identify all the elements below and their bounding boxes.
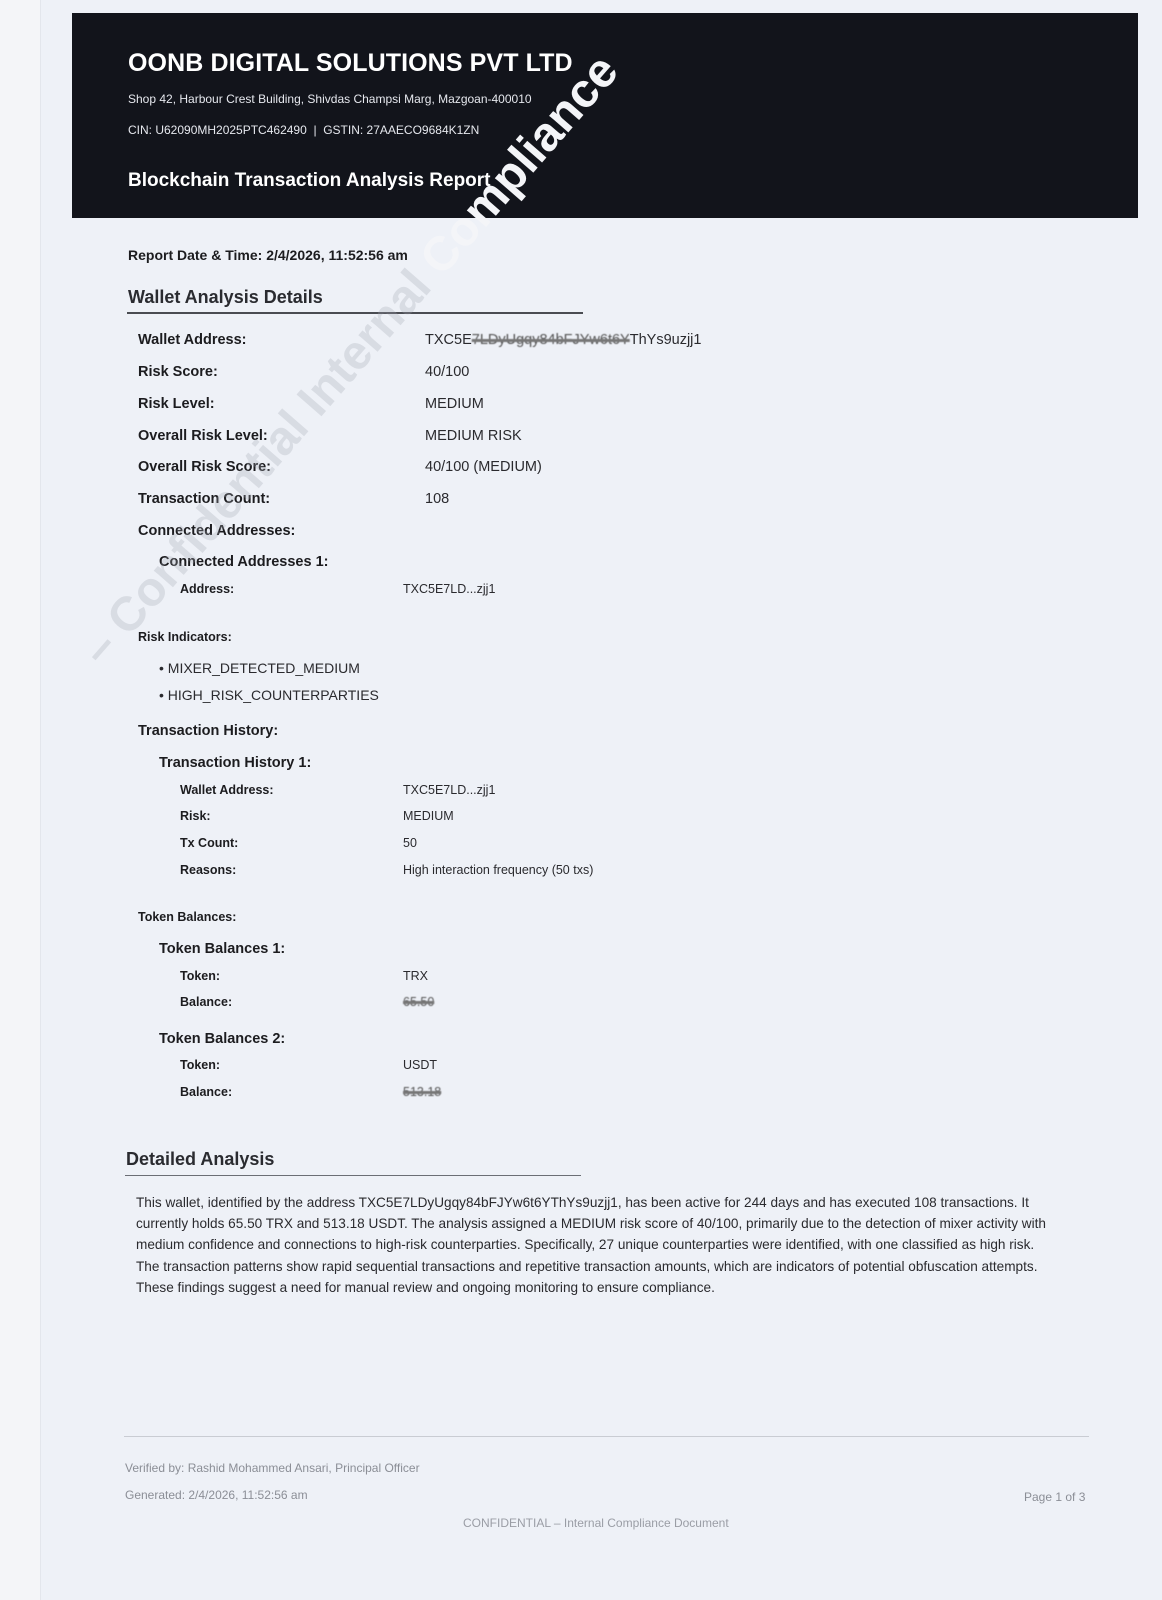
field-value-transaction-count: 108 [425, 491, 449, 507]
section-title-analysis: Detailed Analysis [126, 1149, 274, 1170]
field-value-overall-risk-level: MEDIUM RISK [425, 428, 522, 444]
section-divider [125, 1175, 581, 1176]
tx-history-label-reasons: Reasons: [180, 863, 236, 877]
field-label-overall-risk-score: Overall Risk Score: [138, 459, 271, 475]
field-value-wallet-address: TXC5E7LDyUgqy84bFJYw6t6YThYs9uzjj1 [425, 332, 701, 348]
company-address: Shop 42, Harbour Crest Building, Shivdas… [128, 92, 532, 106]
balance-value-redacted: 513.18 [403, 1085, 441, 1099]
balance-value-redacted: 65.50 [403, 995, 434, 1009]
document-page [41, 0, 1162, 1600]
connected-address-value: TXC5E7LD...zjj1 [403, 582, 495, 596]
token-value: TRX [403, 969, 428, 983]
connected-address-heading: Connected Addresses 1: [159, 554, 328, 570]
report-header: OONB DIGITAL SOLUTIONS PVT LTD Shop 42, … [72, 13, 1138, 218]
tx-history-label-wallet: Wallet Address: [180, 783, 274, 797]
field-value-risk-level: MEDIUM [425, 396, 484, 412]
wallet-address-suffix: ThYs9uzjj1 [630, 332, 702, 348]
scan-edge [0, 0, 41, 1600]
field-label-connected-addresses: Connected Addresses: [138, 523, 295, 539]
page-number: Page 1 of 3 [1024, 1490, 1085, 1504]
token-label: Token: [180, 969, 220, 983]
field-label-overall-risk-level: Overall Risk Level: [138, 428, 268, 444]
balance-label: Balance: [180, 995, 232, 1009]
risk-indicators-label: Risk Indicators: [138, 630, 232, 644]
company-registration: CIN: U62090MH2025PTC462490 | GSTIN: 27AA… [128, 123, 479, 137]
tx-history-value-reasons: High interaction frequency (50 txs) [403, 863, 593, 877]
tx-history-value-wallet: TXC5E7LD...zjj1 [403, 783, 495, 797]
field-label-risk-level: Risk Level: [138, 396, 215, 412]
token-value: USDT [403, 1058, 437, 1072]
report-date: Report Date & Time: 2/4/2026, 11:52:56 a… [128, 247, 408, 263]
token-label: Token: [180, 1058, 220, 1072]
tx-history-value-count: 50 [403, 836, 417, 850]
transaction-history-label: Transaction History: [138, 723, 278, 739]
field-value-overall-risk-score: 40/100 (MEDIUM) [425, 459, 542, 475]
analysis-paragraph: This wallet, identified by the address T… [136, 1192, 1061, 1298]
field-label-risk-score: Risk Score: [138, 364, 218, 380]
balance-label: Balance: [180, 1085, 232, 1099]
field-label-wallet-address: Wallet Address: [138, 332, 247, 348]
connected-address-label: Address: [180, 582, 234, 596]
section-divider [127, 312, 583, 314]
wallet-address-redacted: 7LDyUgqy84bFJYw6t6Y [472, 332, 630, 348]
token-balance-heading: Token Balances 1: [159, 941, 285, 957]
verified-by: Verified by: Rashid Mohammed Ansari, Pri… [125, 1461, 420, 1475]
risk-indicator-item: • MIXER_DETECTED_MEDIUM [159, 660, 360, 676]
generated-timestamp: Generated: 2/4/2026, 11:52:56 am [125, 1488, 308, 1502]
field-value-risk-score: 40/100 [425, 364, 469, 380]
tx-history-value-risk: MEDIUM [403, 809, 454, 823]
wallet-address-prefix: TXC5E [425, 332, 472, 348]
company-name: OONB DIGITAL SOLUTIONS PVT LTD [128, 49, 573, 78]
report-title: Blockchain Transaction Analysis Report [128, 170, 491, 192]
token-balances-label: Token Balances: [138, 910, 236, 924]
confidential-notice: CONFIDENTIAL – Internal Compliance Docum… [463, 1516, 729, 1530]
risk-indicator-item: • HIGH_RISK_COUNTERPARTIES [159, 687, 379, 703]
section-title-wallet: Wallet Analysis Details [128, 287, 323, 308]
tx-history-label-risk: Risk: [180, 809, 211, 823]
token-balance-heading: Token Balances 2: [159, 1031, 285, 1047]
field-label-transaction-count: Transaction Count: [138, 491, 270, 507]
transaction-history-heading: Transaction History 1: [159, 755, 311, 771]
tx-history-label-count: Tx Count: [180, 836, 238, 850]
footer-divider [124, 1436, 1089, 1437]
